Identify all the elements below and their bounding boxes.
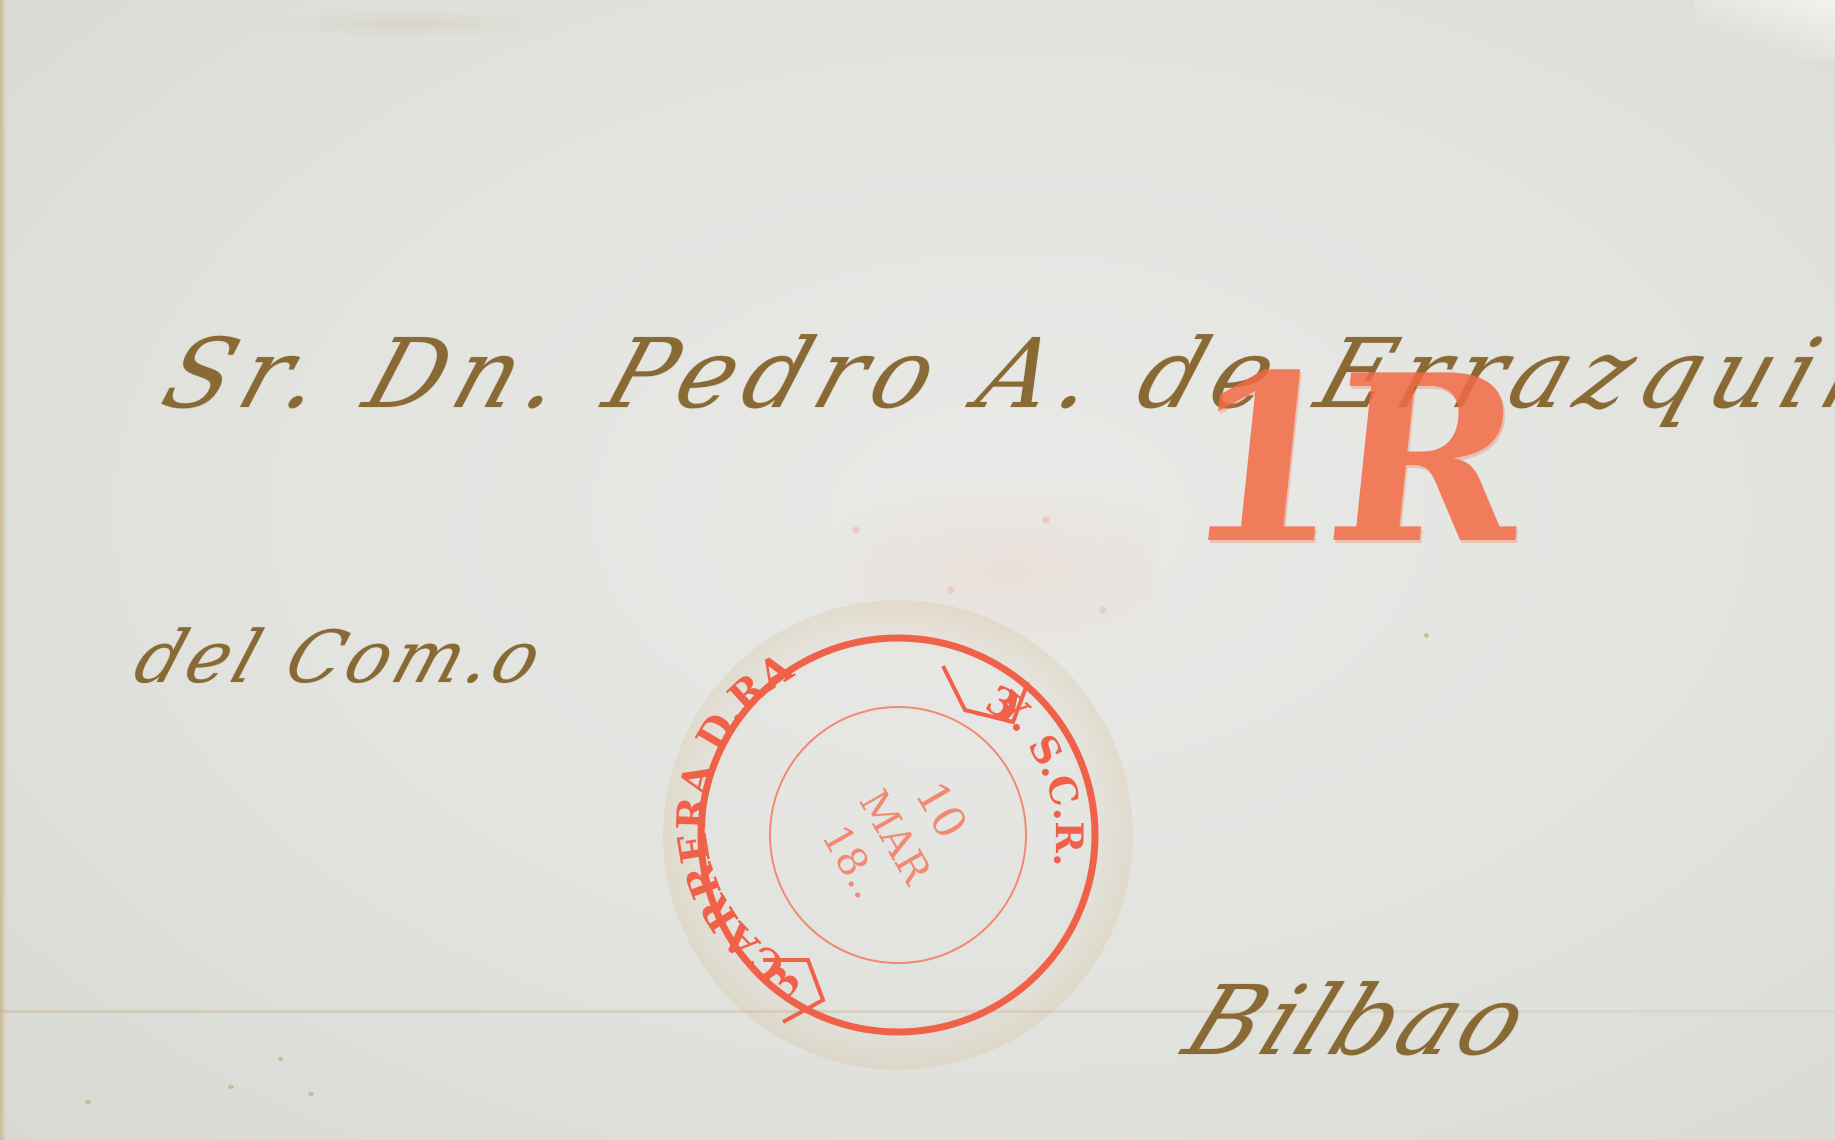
postmark-rings-icon: CARRERA D.RA Y. S.C.R. 3 3 10 MAR 18..: [693, 630, 1103, 1040]
baeza-postmark: CARRERA D.RA Y. S.C.R. 3 3 10 MAR 18..: [693, 630, 1103, 1040]
destination-city: Bilbao: [1170, 965, 1548, 1077]
rate-mark-1r: 1R: [1173, 345, 1520, 575]
corner-fold: [1695, 0, 1835, 60]
foxing-spot: [278, 1057, 283, 1061]
foxing-spot: [85, 1100, 91, 1104]
addressee-name: Sr. Dn. Pedro A. de Errazquin: [150, 318, 1835, 430]
foxing-spot: [1424, 633, 1429, 638]
top-smudge: [260, 10, 560, 38]
addressee-company: del Com.o: [125, 615, 556, 699]
foxing-spot: [228, 1085, 234, 1089]
paper-left-edge: [0, 0, 8, 1140]
foxing-spot: [308, 1092, 314, 1096]
